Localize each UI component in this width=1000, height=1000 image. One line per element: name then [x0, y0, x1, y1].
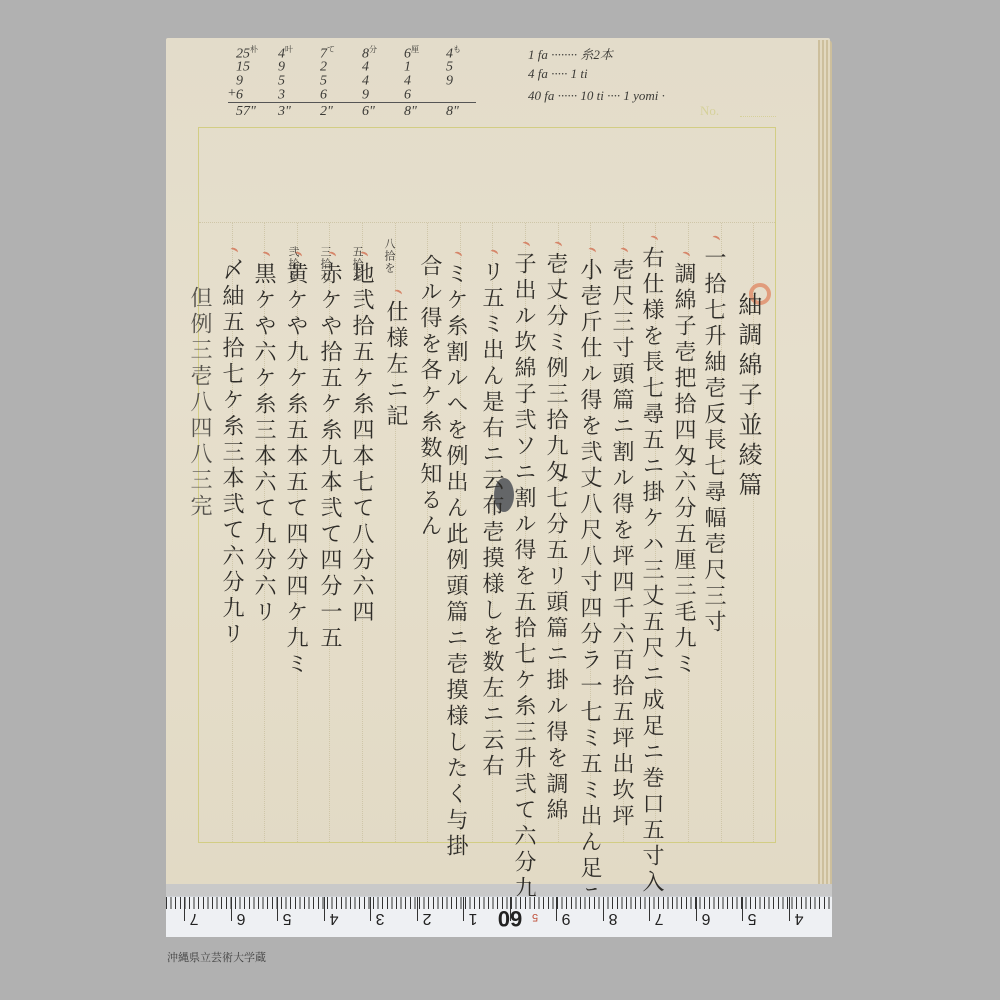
ruler-number: 7 — [651, 909, 667, 927]
margin-annotation: 八拾を — [384, 238, 395, 274]
text-column: 子出ル坎綿子弐ソニ割ル得を五拾七ケ糸三升弐て六分九 — [512, 252, 534, 902]
calc-value — [446, 86, 488, 104]
ruler-major-tick — [649, 897, 650, 921]
ruler-number: 5 — [744, 909, 760, 927]
text-column: 黄ケや九ケ糸五本五て四分四ケ九ミ — [284, 262, 306, 678]
margin-annotation: 弐拾を — [288, 246, 299, 282]
text-column: 但例三壱八四八三完 — [188, 286, 210, 520]
calc-value: 3 — [278, 86, 320, 104]
text-column: 合ル得を各ケ糸数知るん — [418, 254, 440, 540]
ruler-major-tick — [417, 897, 418, 921]
page-stack-edge — [818, 40, 832, 888]
ruler-major-tick — [603, 897, 604, 921]
text-column: 右仕様を長七尋五ニ掛ケハ三丈五尺ニ成足ニ巻口五寸入幅 — [640, 246, 662, 922]
text-column: リ五ミ出ん是右ニ云布壱摸様しを数左ニ云右 — [480, 260, 502, 780]
ruler-major-tick — [324, 897, 325, 921]
conversion-line: 4 fa ····· 1 ti — [528, 66, 588, 82]
calc-total-value: 8" — [446, 104, 488, 120]
ruler-number: 9 — [558, 909, 574, 927]
ruler-major-tick — [789, 897, 790, 921]
text-column: ミケ糸割ルへを例出ん此例頭篇ニ壱摸様したく与掛 — [444, 262, 466, 860]
text-column: 紬調綿子並綾篇 — [736, 292, 760, 502]
calc-total-value: 3" — [278, 104, 320, 120]
text-column: 地弐拾五ケ糸四本七て八分六四 — [350, 262, 372, 626]
margin-annotation: 三拾七 — [320, 246, 331, 282]
text-column: 調綿子壱把拾四匁六分五厘三毛九ミ — [672, 262, 694, 678]
calc-total-row: 57"3"2"6"8"8" — [236, 104, 488, 120]
ruler-number: 5 — [279, 909, 295, 927]
measuring-ruler: 765432160987654325 — [166, 896, 832, 937]
ruler-major-tick — [370, 897, 371, 921]
ruler-major-tick — [556, 897, 557, 921]
calc-value: 6 — [404, 86, 446, 104]
text-column: 壱尺三寸頭篇ニ割ル得を坪四千六百拾五坪出坎坪 — [610, 258, 632, 830]
calc-row: 63696 — [236, 86, 488, 104]
text-column: 一拾七升紬壱反長七尋幅壱尺三寸 — [702, 246, 724, 636]
calc-value: 9 — [362, 86, 404, 104]
ruler-number: 60 — [490, 905, 530, 931]
text-column: 赤ケや拾五ケ糸九本弐て四分一五 — [318, 262, 340, 652]
ruler-major-tick — [277, 897, 278, 921]
ruler-major-tick — [742, 897, 743, 921]
ruler-number: 6 — [233, 909, 249, 927]
ruler-number: 4 — [791, 909, 807, 927]
ruler-red-mark: 5 — [527, 911, 543, 923]
calc-total-value: 2" — [320, 104, 362, 120]
sum-line — [228, 102, 476, 103]
text-column: 小壱斤仕ル得を弐丈八尺八寸四分ラ一七ミ五ミ出ん足ニ — [578, 258, 600, 908]
margin-annotation: 五拾を — [352, 246, 363, 282]
ruler-number: 2 — [419, 909, 435, 927]
ruler-number: 6 — [698, 909, 714, 927]
collection-caption: 沖縄県立芸術大学蔵 — [167, 949, 266, 965]
calc-value: 6 — [236, 86, 278, 104]
ruler-number: 1 — [465, 909, 481, 927]
calc-value: 6 — [320, 86, 362, 104]
ruler-major-tick — [231, 897, 232, 921]
text-column: 黒ケや六ケ糸三本六て九分六リ — [252, 262, 274, 626]
text-column: 仕様左ニ記 — [384, 300, 406, 430]
calc-total-value: 57" — [236, 104, 278, 120]
ruler-major-tick — [696, 897, 697, 921]
text-column: 〆紬五拾七ケ糸三本弐て六分九リ — [220, 258, 242, 648]
form-number-label: No. — [700, 103, 719, 119]
ruler-number: 7 — [186, 909, 202, 927]
calc-total-value: 8" — [404, 104, 446, 120]
ruler-number: 8 — [605, 909, 621, 927]
ruler-major-tick — [463, 897, 464, 921]
ruler-number: 4 — [326, 909, 342, 927]
page-shadow — [166, 884, 832, 896]
calc-total-value: 6" — [362, 104, 404, 120]
conversion-line: 40 fa ······ 10 ti ···· 1 yomi · — [528, 88, 665, 104]
ruler-number: 3 — [372, 909, 388, 927]
conversion-line: 1 fa ········ 糸2本 — [528, 44, 613, 63]
form-number-line — [740, 116, 776, 117]
ruler-major-tick — [184, 897, 185, 921]
text-column: 壱丈分ミ例三拾九匁七分五リ頭篇ニ掛ル得を調綿 — [544, 252, 566, 824]
plus-sign: + — [228, 86, 236, 102]
